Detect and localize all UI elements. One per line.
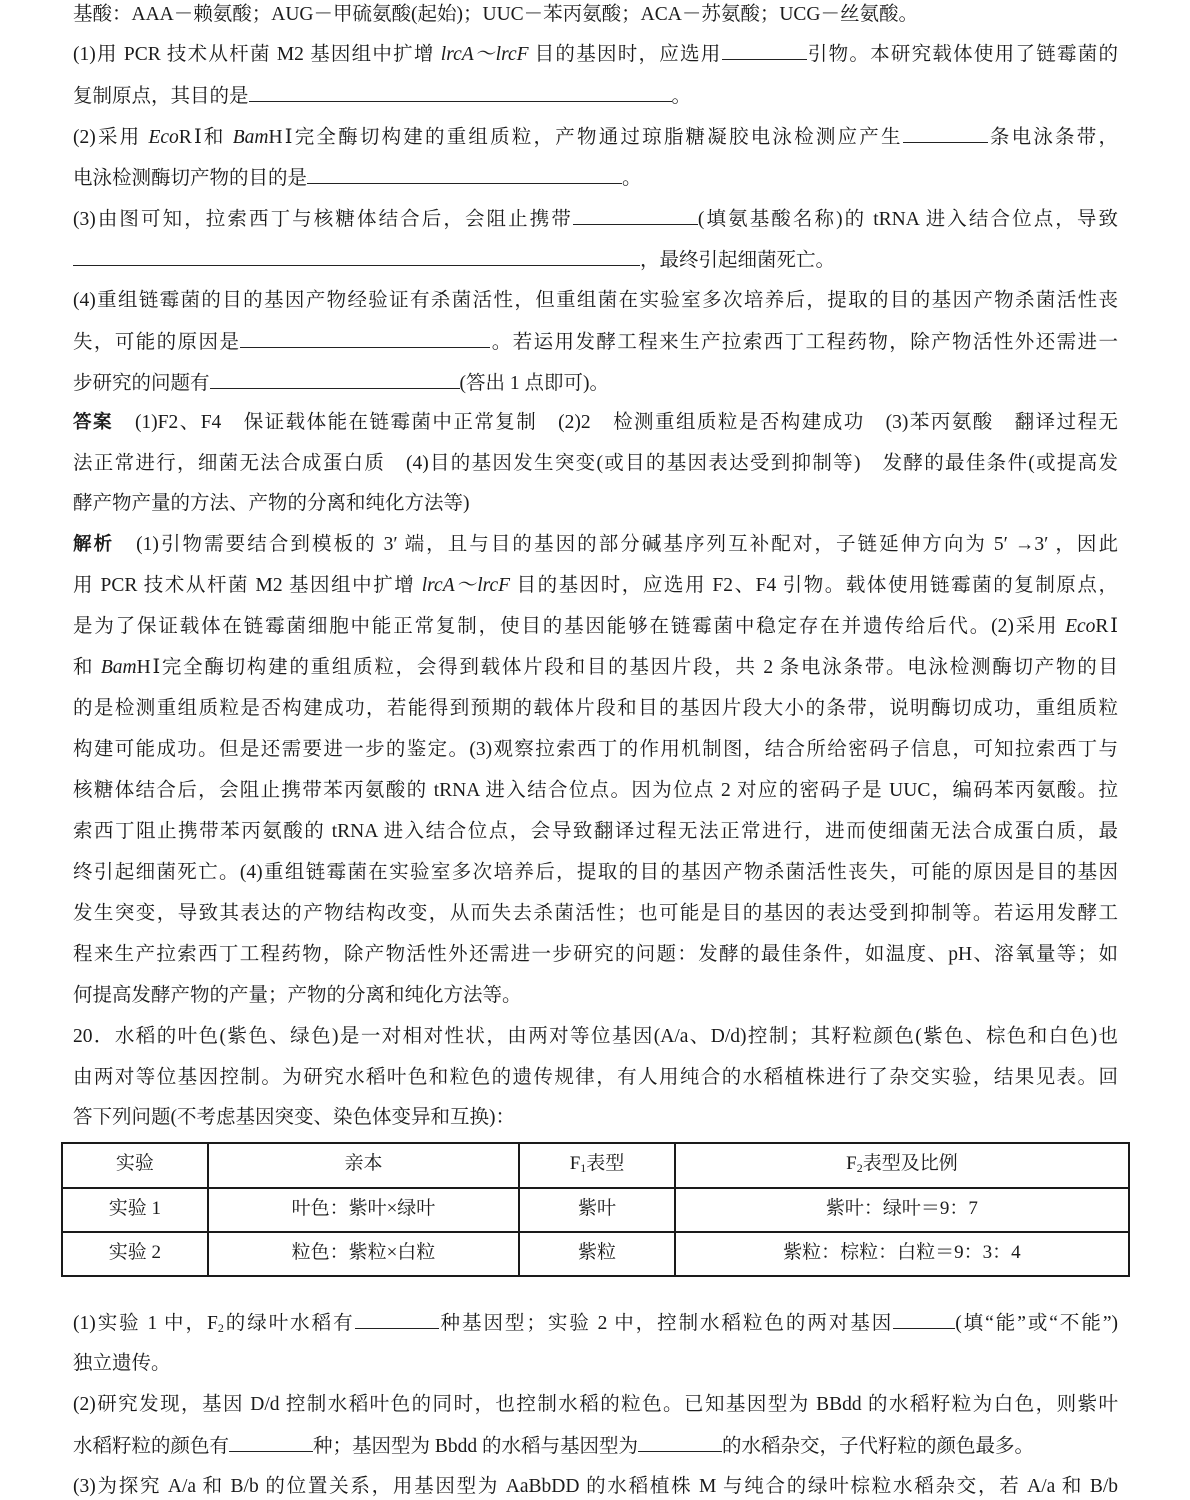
cell-f1: 紫叶: [519, 1188, 675, 1232]
answer-label: 答案: [73, 412, 113, 433]
answer-blank[interactable]: [903, 124, 988, 143]
text: (1)实验 1 中，F: [73, 1313, 218, 1334]
q19-part2-line2: 电泳检测酶切产物的目的是。: [73, 165, 1118, 192]
table-row: 实验 1 叶色：紫叶×绿叶 紫叶 紫叶：绿叶＝9：7: [62, 1188, 1129, 1232]
q20-part2-line1: (2)研究发现，基因 D/d 控制水稻叶色的同时，也控制水稻的粒色。已知基因型为…: [73, 1392, 1118, 1418]
q20-intro-line1: 20．水稻的叶色(紫色、绿色)是一对相对性状，由两对等位基因(A/a、D/d)控…: [73, 1024, 1118, 1050]
text: (2)采用: [73, 127, 148, 148]
text: 目的基因时，应选用 F2、F4 引物。载体使用链霉菌的复制原点，: [510, 575, 1118, 596]
answer-line1: 答案(1)F2、F4 保证载体能在链霉菌中正常复制 (2)2 检测重组质粒是否构…: [73, 410, 1118, 436]
analysis-line2: 用 PCR 技术从杆菌 M2 基因组中扩增 lrcA～lrcF 目的基因时，应选…: [73, 573, 1118, 599]
text: 用 PCR 技术从杆菌 M2 基因组中扩增: [73, 575, 422, 596]
analysis-label: 解析: [73, 534, 114, 555]
text: 失，可能的原因是: [73, 332, 240, 353]
q20-part1-line2: 独立遗传。: [73, 1351, 1118, 1377]
analysis-line6: 构建可能成功。但是还需要进一步的鉴定。(3)观察拉索西丁的作用机制图，结合所给密…: [73, 737, 1118, 763]
text: 和: [73, 657, 101, 678]
text: 种；基因型为 Bbdd 的水稻与基因型为: [313, 1436, 638, 1457]
cell-f2: 紫叶：绿叶＝9：7: [675, 1188, 1129, 1232]
q20-part2-line2: 水稻籽粒的颜色有种；基因型为 Bbdd 的水稻与基因型为的水稻杂交，子代籽粒的颜…: [73, 1433, 1118, 1460]
q19-part4-line2: 失，可能的原因是。若运用发酵工程来生产拉索西丁工程药物，除产物活性外还需进一: [73, 329, 1118, 356]
text: RⅠ和: [179, 127, 233, 148]
q19-part3-line1: (3)由图可知，拉索西丁与核糖体结合后，会阻止携带(填氨基酸名称)的 tRNA …: [73, 206, 1118, 233]
text: 表型及比例: [863, 1153, 958, 1174]
header-experiment: 实验: [62, 1143, 208, 1188]
text: ，最终引起细菌死亡。: [640, 250, 835, 271]
q19-part1-line1: (1)用 PCR 技术从杆菌 M2 基因组中扩增 lrcA～lrcF 目的基因时…: [73, 41, 1118, 68]
analysis-line5: 的是检测重组质粒是否构建成功，若能得到预期的载体片段和目的基因片段大小的条带，说…: [73, 696, 1118, 722]
text: 引物。本研究载体使用了链霉菌的: [807, 44, 1118, 65]
text: 水稻籽粒的颜色有: [73, 1436, 229, 1457]
cell-parents: 叶色：紫叶×绿叶: [208, 1188, 519, 1232]
text: HⅠ完全酶切构建的重组质粒，会得到载体片段和目的基因片段，共 2 条电泳条带。电…: [137, 657, 1118, 678]
analysis-line3: 是为了保证载体在链霉菌细胞中能正常复制，使目的基因能够在链霉菌中稳定存在并遗传给…: [73, 614, 1118, 640]
answer-blank[interactable]: [249, 83, 672, 102]
analysis-line1: 解析(1)引物需要结合到模板的 3′ 端，且与目的基因的部分碱基序列互补配对，子…: [73, 532, 1118, 558]
q19-part1-line2: 复制原点，其目的是。: [73, 83, 1118, 110]
gene-name: lrcA～lrcF: [422, 575, 510, 596]
analysis-line9: 终引起细菌死亡。(4)重组链霉菌在实验室多次培养后，提取的目的基因产物杀菌活性丧…: [73, 860, 1118, 886]
text: 的绿叶水稻有: [224, 1313, 355, 1334]
text: (1)用 PCR 技术从杆菌 M2 基因组中扩增: [73, 44, 441, 65]
q20-part1-line1: (1)实验 1 中，F2的绿叶水稻有种基因型；实验 2 中，控制水稻粒色的两对基…: [73, 1310, 1118, 1341]
cell-experiment: 实验 2: [62, 1232, 208, 1276]
cell-f1: 紫粒: [519, 1232, 675, 1276]
text: (填“能”或“不能”): [955, 1313, 1118, 1334]
text: 步研究的问题有: [73, 373, 210, 394]
answer-blank[interactable]: [722, 41, 807, 60]
analysis-line12: 何提高发酵产物的产量；产物的分离和纯化方法等。: [73, 983, 1118, 1009]
answer-line3: 酵产物产量的方法、产物的分离和纯化方法等): [73, 491, 1118, 517]
answer-blank[interactable]: [229, 1433, 313, 1452]
answer-blank[interactable]: [893, 1310, 955, 1329]
text: 条电泳条带，: [988, 127, 1118, 148]
header-parents: 亲本: [208, 1143, 519, 1188]
answer-blank[interactable]: [573, 206, 698, 225]
answer-blank[interactable]: [307, 165, 622, 184]
text: F: [570, 1153, 581, 1174]
enzyme-name: Bam: [233, 127, 269, 148]
text: F: [846, 1153, 857, 1174]
text: 目的基因时，应选用: [529, 44, 722, 65]
text: 电泳检测酶切产物的目的是: [73, 168, 307, 189]
cell-f2: 紫粒：棕粒：白粒＝9：3：4: [675, 1232, 1129, 1276]
text: 是为了保证载体在链霉菌细胞中能正常复制，使目的基因能够在链霉菌中稳定存在并遗传给…: [73, 616, 1065, 637]
table-row: 实验 2 粒色：紫粒×白粒 紫粒 紫粒：棕粒：白粒＝9：3：4: [62, 1232, 1129, 1276]
analysis-line7: 核糖体结合后，会阻止携带苯丙氨酸的 tRNA 进入结合位点。因为位点 2 对应的…: [73, 778, 1118, 804]
text: HⅠ完全酶切构建的重组质粒，产物通过琼脂糖凝胶电泳检测应产生: [269, 127, 903, 148]
text: 的水稻杂交，子代籽粒的颜色最多。: [722, 1436, 1034, 1457]
text: 。: [672, 86, 692, 107]
q19-part4-line1: (4)重组链霉菌的目的基因产物经验证有杀菌活性，但重组菌在实验室多次培养后，提取…: [73, 288, 1118, 314]
text: (3)由图可知，拉索西丁与核糖体结合后，会阻止携带: [73, 209, 573, 230]
analysis-line10: 发生突变，导致其表达的产物结构改变，从而失去杀菌活性；也可能是目的基因的表达受到…: [73, 901, 1118, 927]
gene-name: lrcA～lrcF: [441, 44, 529, 65]
answer-line2: 法正常进行，细菌无法合成蛋白质 (4)目的基因发生突变(或目的基因表达受到抑制等…: [73, 451, 1118, 477]
answer-blank[interactable]: [210, 370, 460, 389]
q20-intro-line2: 由两对等位基因控制。为研究水稻叶色和粒色的遗传规律，有人用纯合的水稻植株进行了杂…: [73, 1065, 1118, 1091]
text: RⅠ: [1095, 616, 1118, 637]
analysis-line4: 和 BamHⅠ完全酶切构建的重组质粒，会得到载体片段和目的基因片段，共 2 条电…: [73, 655, 1118, 681]
text: (1)引物需要结合到模板的 3′ 端，且与目的基因的部分碱基序列互补配对，子链延…: [136, 534, 1118, 555]
answer-blank[interactable]: [355, 1310, 439, 1329]
analysis-line11: 程来生产拉索西丁工程药物，除产物活性外还需进一步研究的问题：发酵的最佳条件，如温…: [73, 942, 1118, 968]
analysis-line8: 索西丁阻止携带苯丙氨酸的 tRNA 进入结合位点，会导致翻译过程无法正常进行，进…: [73, 819, 1118, 845]
enzyme-name: Eco: [148, 127, 178, 148]
text: (答出 1 点即可)。: [460, 373, 610, 394]
q20-part3-line1: (3)为探究 A/a 和 B/b 的位置关系，用基因型为 AaBbDD 的水稻植…: [73, 1474, 1118, 1500]
q20-intro-line3: 答下列问题(不考虑基因突变、染色体变异和互换)：: [73, 1105, 1118, 1131]
text: (填氨基酸名称)的 tRNA 进入结合位点，导致: [698, 209, 1118, 230]
q19-part4-line3: 步研究的问题有(答出 1 点即可)。: [73, 370, 1118, 397]
cell-experiment: 实验 1: [62, 1188, 208, 1232]
text: 表型: [586, 1153, 624, 1174]
answer-blank[interactable]: [73, 247, 640, 266]
text: 复制原点，其目的是: [73, 86, 249, 107]
text: 。若运用发酵工程来生产拉索西丁工程药物，除产物活性外还需进一: [490, 332, 1118, 353]
header-f1: F1表型: [519, 1143, 675, 1188]
text: (1)F2、F4 保证载体能在链霉菌中正常复制 (2)2 检测重组质粒是否构建成…: [135, 412, 1118, 433]
enzyme-name: Eco: [1065, 616, 1095, 637]
header-f2: F2表型及比例: [675, 1143, 1129, 1188]
table-header-row: 实验 亲本 F1表型 F2表型及比例: [62, 1143, 1129, 1188]
codon-info-line: 基酸：AAA－赖氨酸；AUG－甲硫氨酸(起始)；UUC－苯丙氨酸；ACA－苏氨酸…: [73, 2, 1118, 28]
answer-blank[interactable]: [638, 1433, 722, 1452]
answer-blank[interactable]: [240, 329, 490, 348]
enzyme-name: Bam: [101, 657, 137, 678]
text: 种基因型；实验 2 中，控制水稻粒色的两对基因: [439, 1313, 894, 1334]
q19-part2-line1: (2)采用 EcoRⅠ和 BamHⅠ完全酶切构建的重组质粒，产物通过琼脂糖凝胶电…: [73, 124, 1118, 151]
experiment-table: 实验 亲本 F1表型 F2表型及比例 实验 1 叶色：紫叶×绿叶 紫叶 紫叶：绿…: [61, 1142, 1130, 1277]
text: 。: [622, 168, 642, 189]
cell-parents: 粒色：紫粒×白粒: [208, 1232, 519, 1276]
q19-part3-line2: ，最终引起细菌死亡。: [73, 247, 1118, 274]
